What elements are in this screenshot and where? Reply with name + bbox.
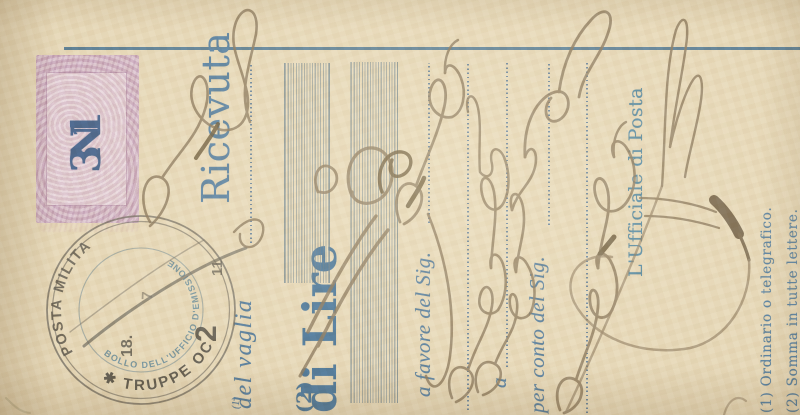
receipt-title: Ricevuta — [194, 32, 238, 204]
receipt-number-stamp: N. 31 — [36, 55, 139, 223]
field-label-a: a — [487, 377, 512, 388]
favore-dotted-line — [428, 63, 430, 223]
scanned-postal-receipt: N. 31 Ricevuta del vaglia(1) di Lire(2) … — [0, 0, 800, 415]
place-dotted-line — [506, 63, 508, 367]
conto-dotted-line — [548, 62, 550, 225]
security-band-1 — [284, 63, 330, 283]
security-band-2 — [350, 62, 398, 403]
number-value: 31 — [63, 105, 110, 173]
dotted-line-2 — [467, 62, 469, 410]
vaglia-number-dotted-line — [250, 63, 252, 243]
footnote-ref-2: (2) — [293, 381, 316, 413]
vaglia-label-text: del vaglia — [231, 299, 258, 409]
receipt-form: N. 31 Ricevuta del vaglia(1) di Lire(2) … — [0, 0, 800, 415]
dotted-line-3 — [586, 62, 588, 413]
field-label-conto: per conto del Sig. — [525, 256, 550, 413]
receipt-number-panel: N. 31 — [47, 73, 126, 205]
footnote-1: (1) Ordinario o telegrafico. — [759, 206, 775, 413]
official-signature-label: L'Ufficiale di Posta — [625, 87, 647, 277]
footnote-2: (2) Somma in tutte lettere. — [785, 208, 800, 413]
footnote-ref-1: (1) — [231, 397, 242, 409]
field-label-favore: a favore del Sig. — [411, 252, 436, 397]
margin-rule — [64, 47, 800, 50]
